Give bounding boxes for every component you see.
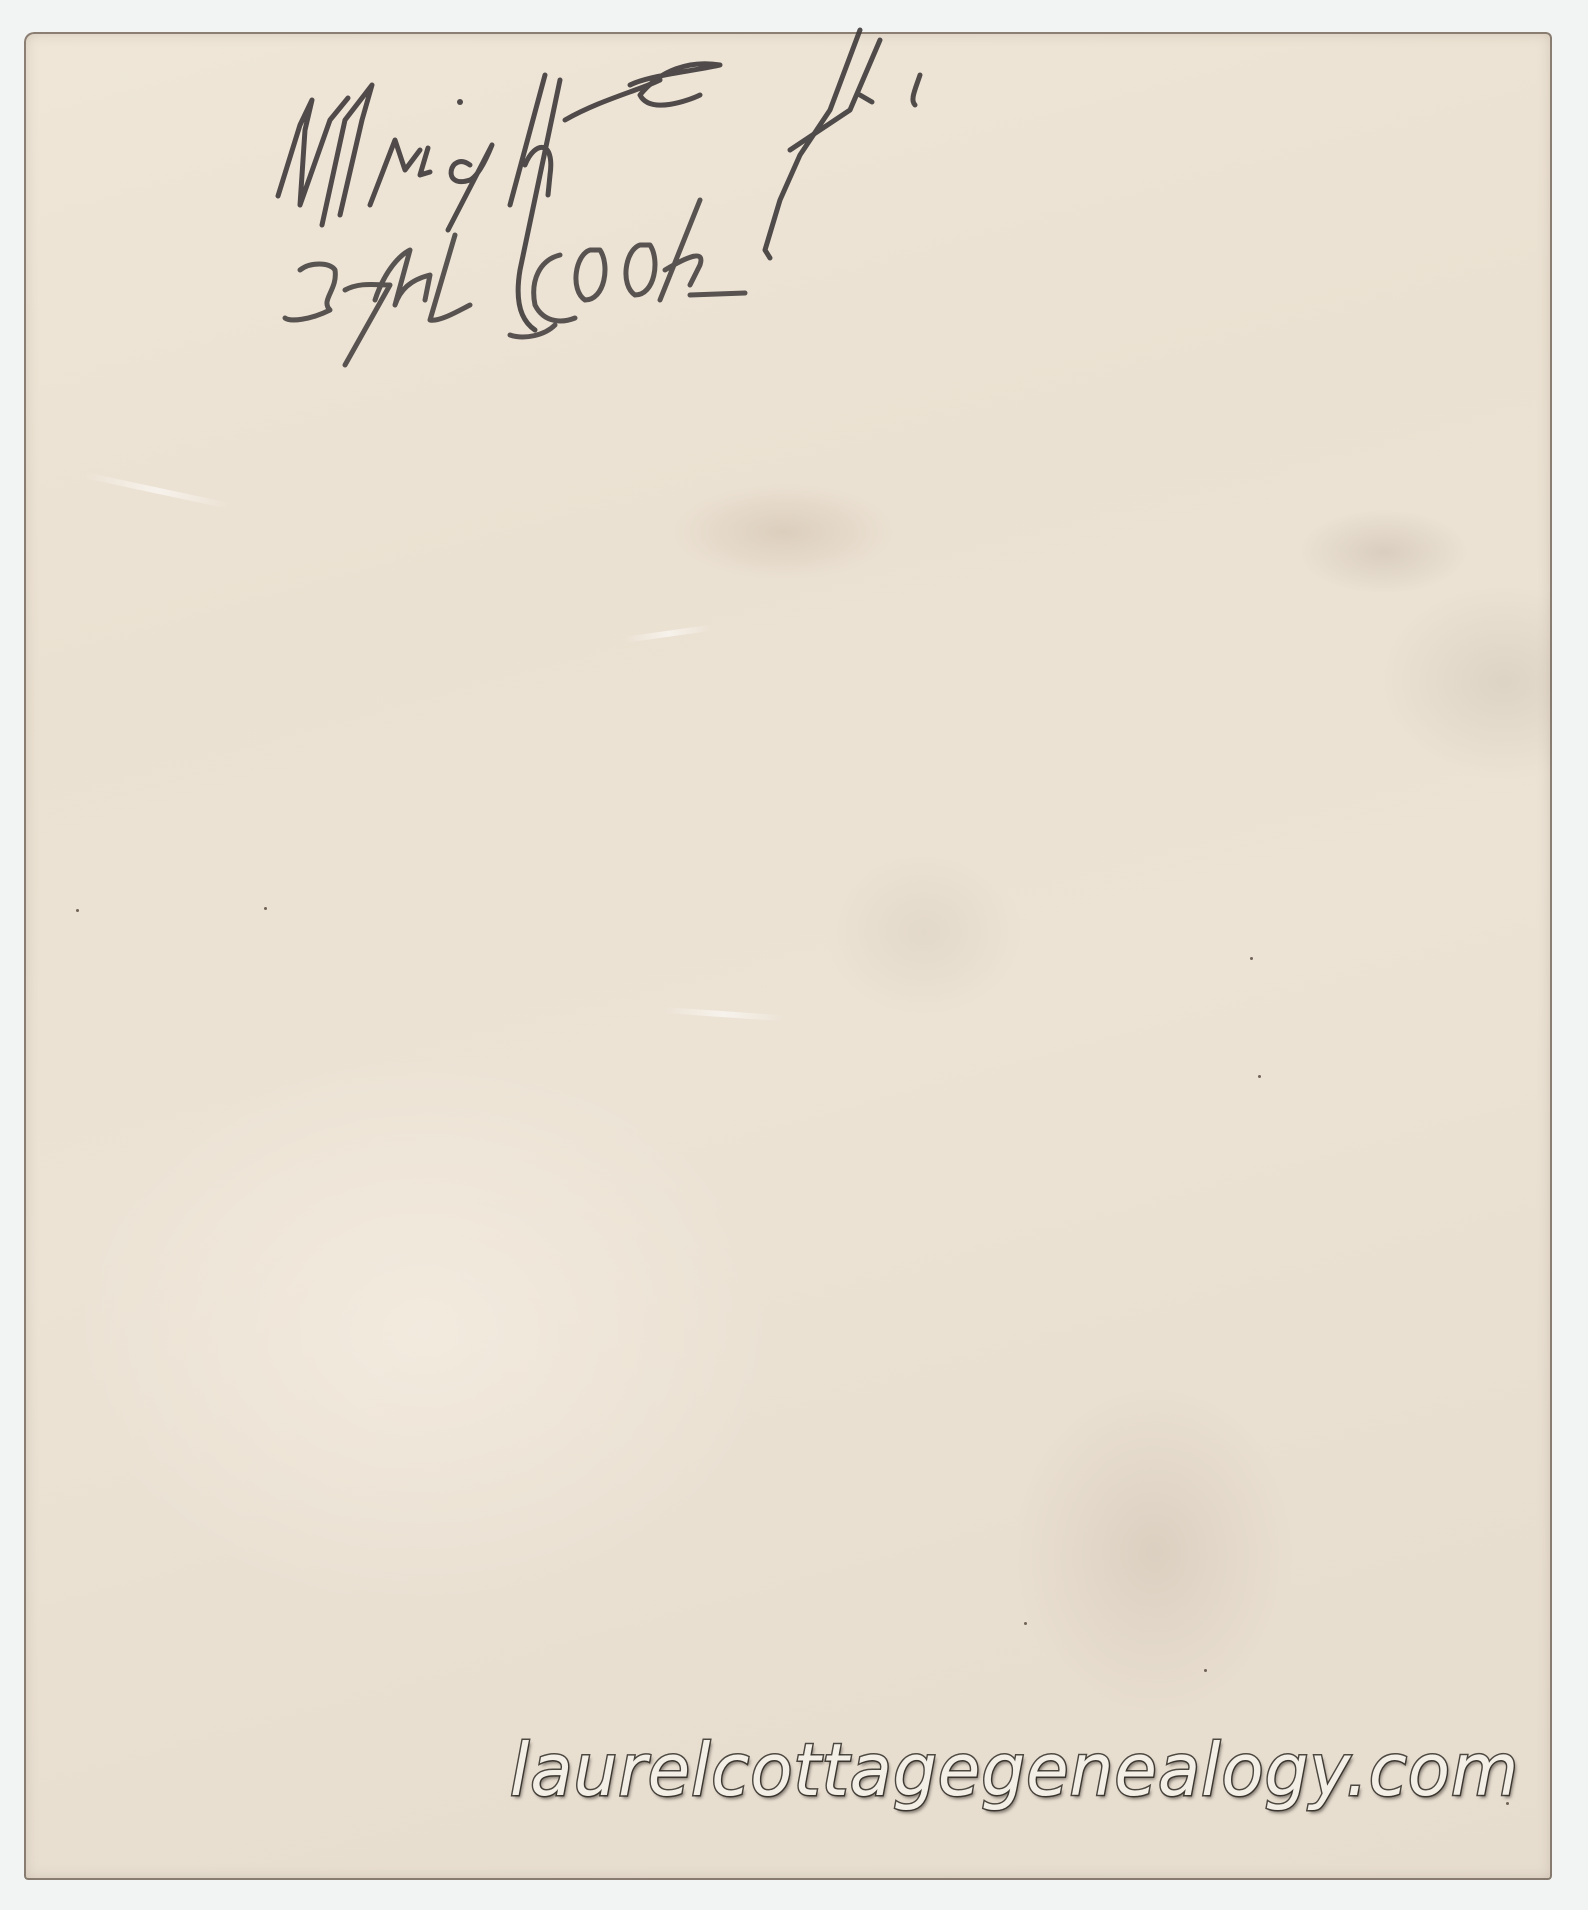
paper-crease: [664, 1007, 784, 1021]
watermark-text: laurelcottagegenealogy.com: [510, 1728, 1519, 1812]
paper-crease: [624, 625, 714, 643]
photo-card-back: [24, 32, 1552, 1880]
paper-crease: [83, 472, 231, 509]
site-watermark: laurelcottagegenealogy.com: [535, 1710, 1495, 1830]
